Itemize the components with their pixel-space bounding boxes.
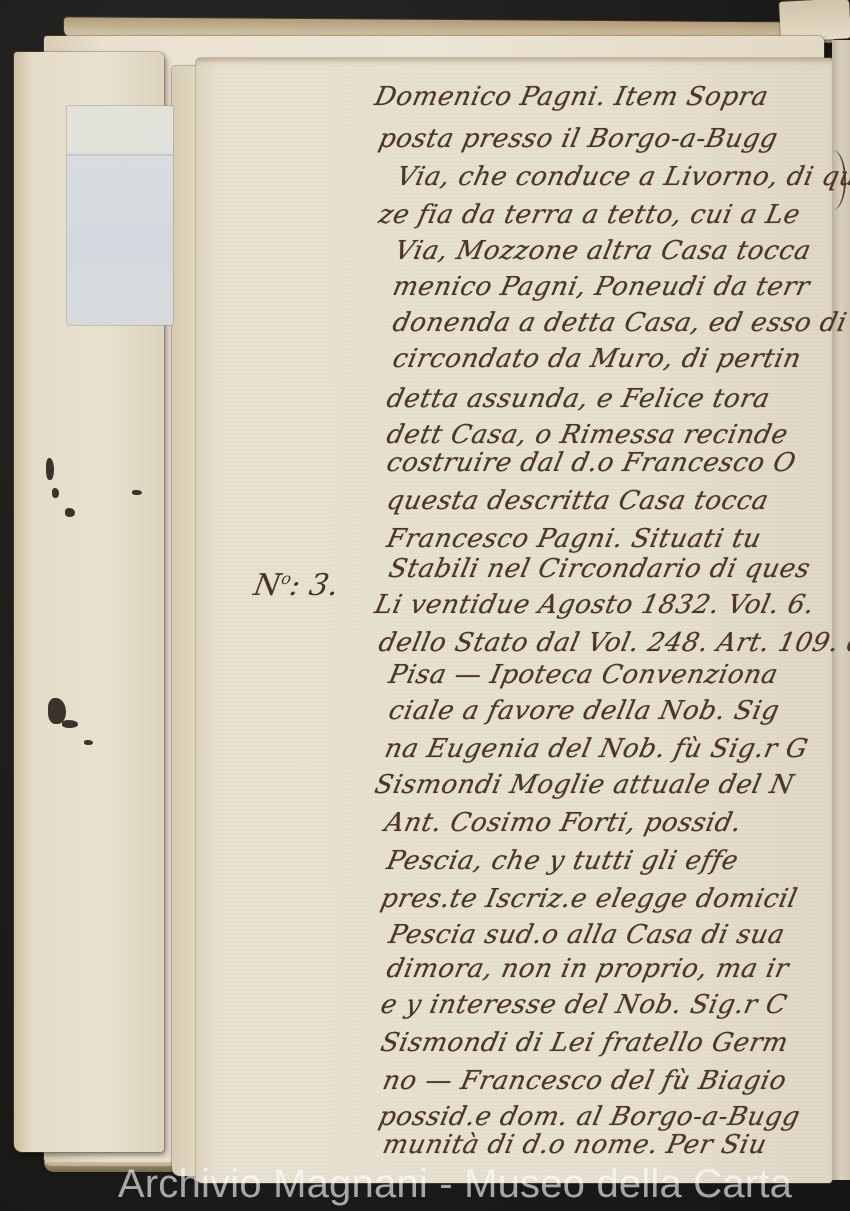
- manuscript-line: questa descritta Casa tocca: [384, 486, 771, 516]
- manuscript-line: munità di d.o nome. Per Siu: [380, 1130, 770, 1160]
- manuscript-line: no — Francesco del fù Biagio: [380, 1066, 789, 1096]
- scanned-document-scene: No: 3. Domenico Pagni. Item Sopra posta …: [0, 0, 850, 1211]
- manuscript-line: Ant. Cosimo Forti, possid.: [382, 808, 744, 838]
- manuscript-line: dello Stato dal Vol. 248. Art. 109. d: [376, 628, 850, 658]
- manuscript-line: Via, che conduce a Livorno, di qu: [394, 162, 850, 192]
- manuscript-line: posta presso il Borgo-a-Bugg: [376, 124, 781, 154]
- manuscript-line: ciale a favore della Nob. Sig: [386, 696, 782, 726]
- manuscript-line: Via, Mozzone altra Casa tocca: [392, 236, 814, 266]
- manuscript-line: Sismondi Moglie attuale del N: [372, 770, 797, 800]
- manuscript-line: detta assunda, e Felice tora: [384, 384, 773, 414]
- manuscript-line: menico Pagni, Poneudi da terr: [390, 272, 813, 302]
- manuscript-line: costruire dal d.o Francesco O: [384, 448, 799, 478]
- manuscript-line: Francesco Pagni. Situati tu: [384, 524, 764, 554]
- manuscript-line: Pisa — Ipoteca Convenziona: [386, 660, 781, 690]
- manuscript-line: na Eugenia del Nob. fù Sig.r G: [382, 734, 811, 764]
- manuscript-line: e y interesse del Nob. Sig.r C: [378, 990, 790, 1020]
- manuscript-line: donenda a detta Casa, ed esso di: [390, 308, 850, 338]
- manuscript-line: Domenico Pagni. Item Sopra: [372, 82, 771, 112]
- manuscript-line: possid.e dom. al Borgo-a-Bugg: [376, 1102, 803, 1132]
- manuscript-line: Stabili nel Circondario di ques: [386, 554, 813, 584]
- manuscript-line: Pescia, che y tutti gli effe: [384, 846, 741, 876]
- manuscript-line: dett Casa, o Rimessa recinde: [384, 420, 791, 450]
- manuscript-line: circondato da Muro, di pertin: [390, 344, 804, 374]
- archive-watermark: Archivio Magnani - Museo della Carta: [0, 1162, 850, 1207]
- manuscript-line: Pescia sud.o alla Casa di sua: [386, 920, 788, 950]
- manuscript-line: dimora, non in proprio, ma ir: [384, 954, 792, 984]
- manuscript-line: Li ventidue Agosto 1832. Vol. 6.: [372, 590, 817, 620]
- manuscript-line: Sismondi di Lei fratello Germ: [378, 1028, 791, 1058]
- manuscript-line: pres.te Iscriz.e elegge domicil: [378, 884, 800, 914]
- manuscript-line: ze fia da terra a tetto, cui a Le: [376, 200, 803, 230]
- manuscript-text: Domenico Pagni. Item Sopra posta presso …: [0, 0, 850, 1211]
